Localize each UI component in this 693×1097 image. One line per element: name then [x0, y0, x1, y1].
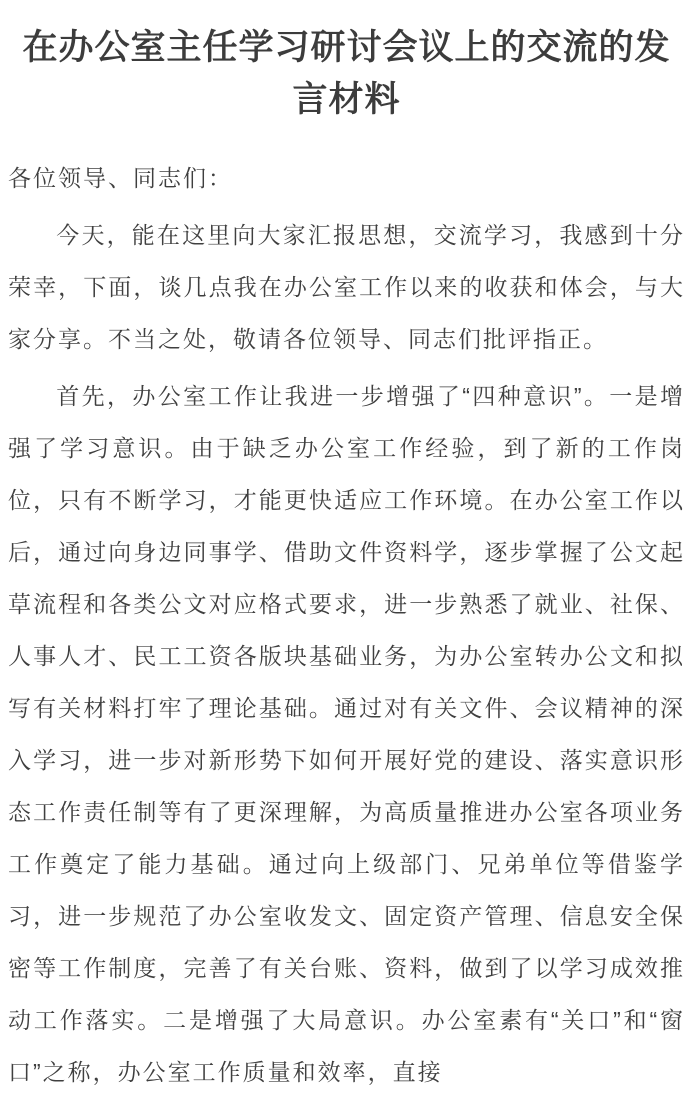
document-page: 在办公室主任学习研讨会议上的交流的发言材料 各位领导、同志们： 今天，能在这里向… — [0, 0, 693, 1097]
body-paragraph: 首先，办公室工作让我进一步增强了“四种意识”。一是增强了学习意识。由于缺乏办公室… — [8, 370, 685, 1097]
body-paragraph: 今天，能在这里向大家汇报思想，交流学习，我感到十分荣幸，下面，谈几点我在办公室工… — [8, 209, 685, 365]
salutation-line: 各位领导、同志们： — [8, 152, 685, 204]
page-title: 在办公室主任学习研讨会议上的交流的发言材料 — [8, 22, 685, 126]
